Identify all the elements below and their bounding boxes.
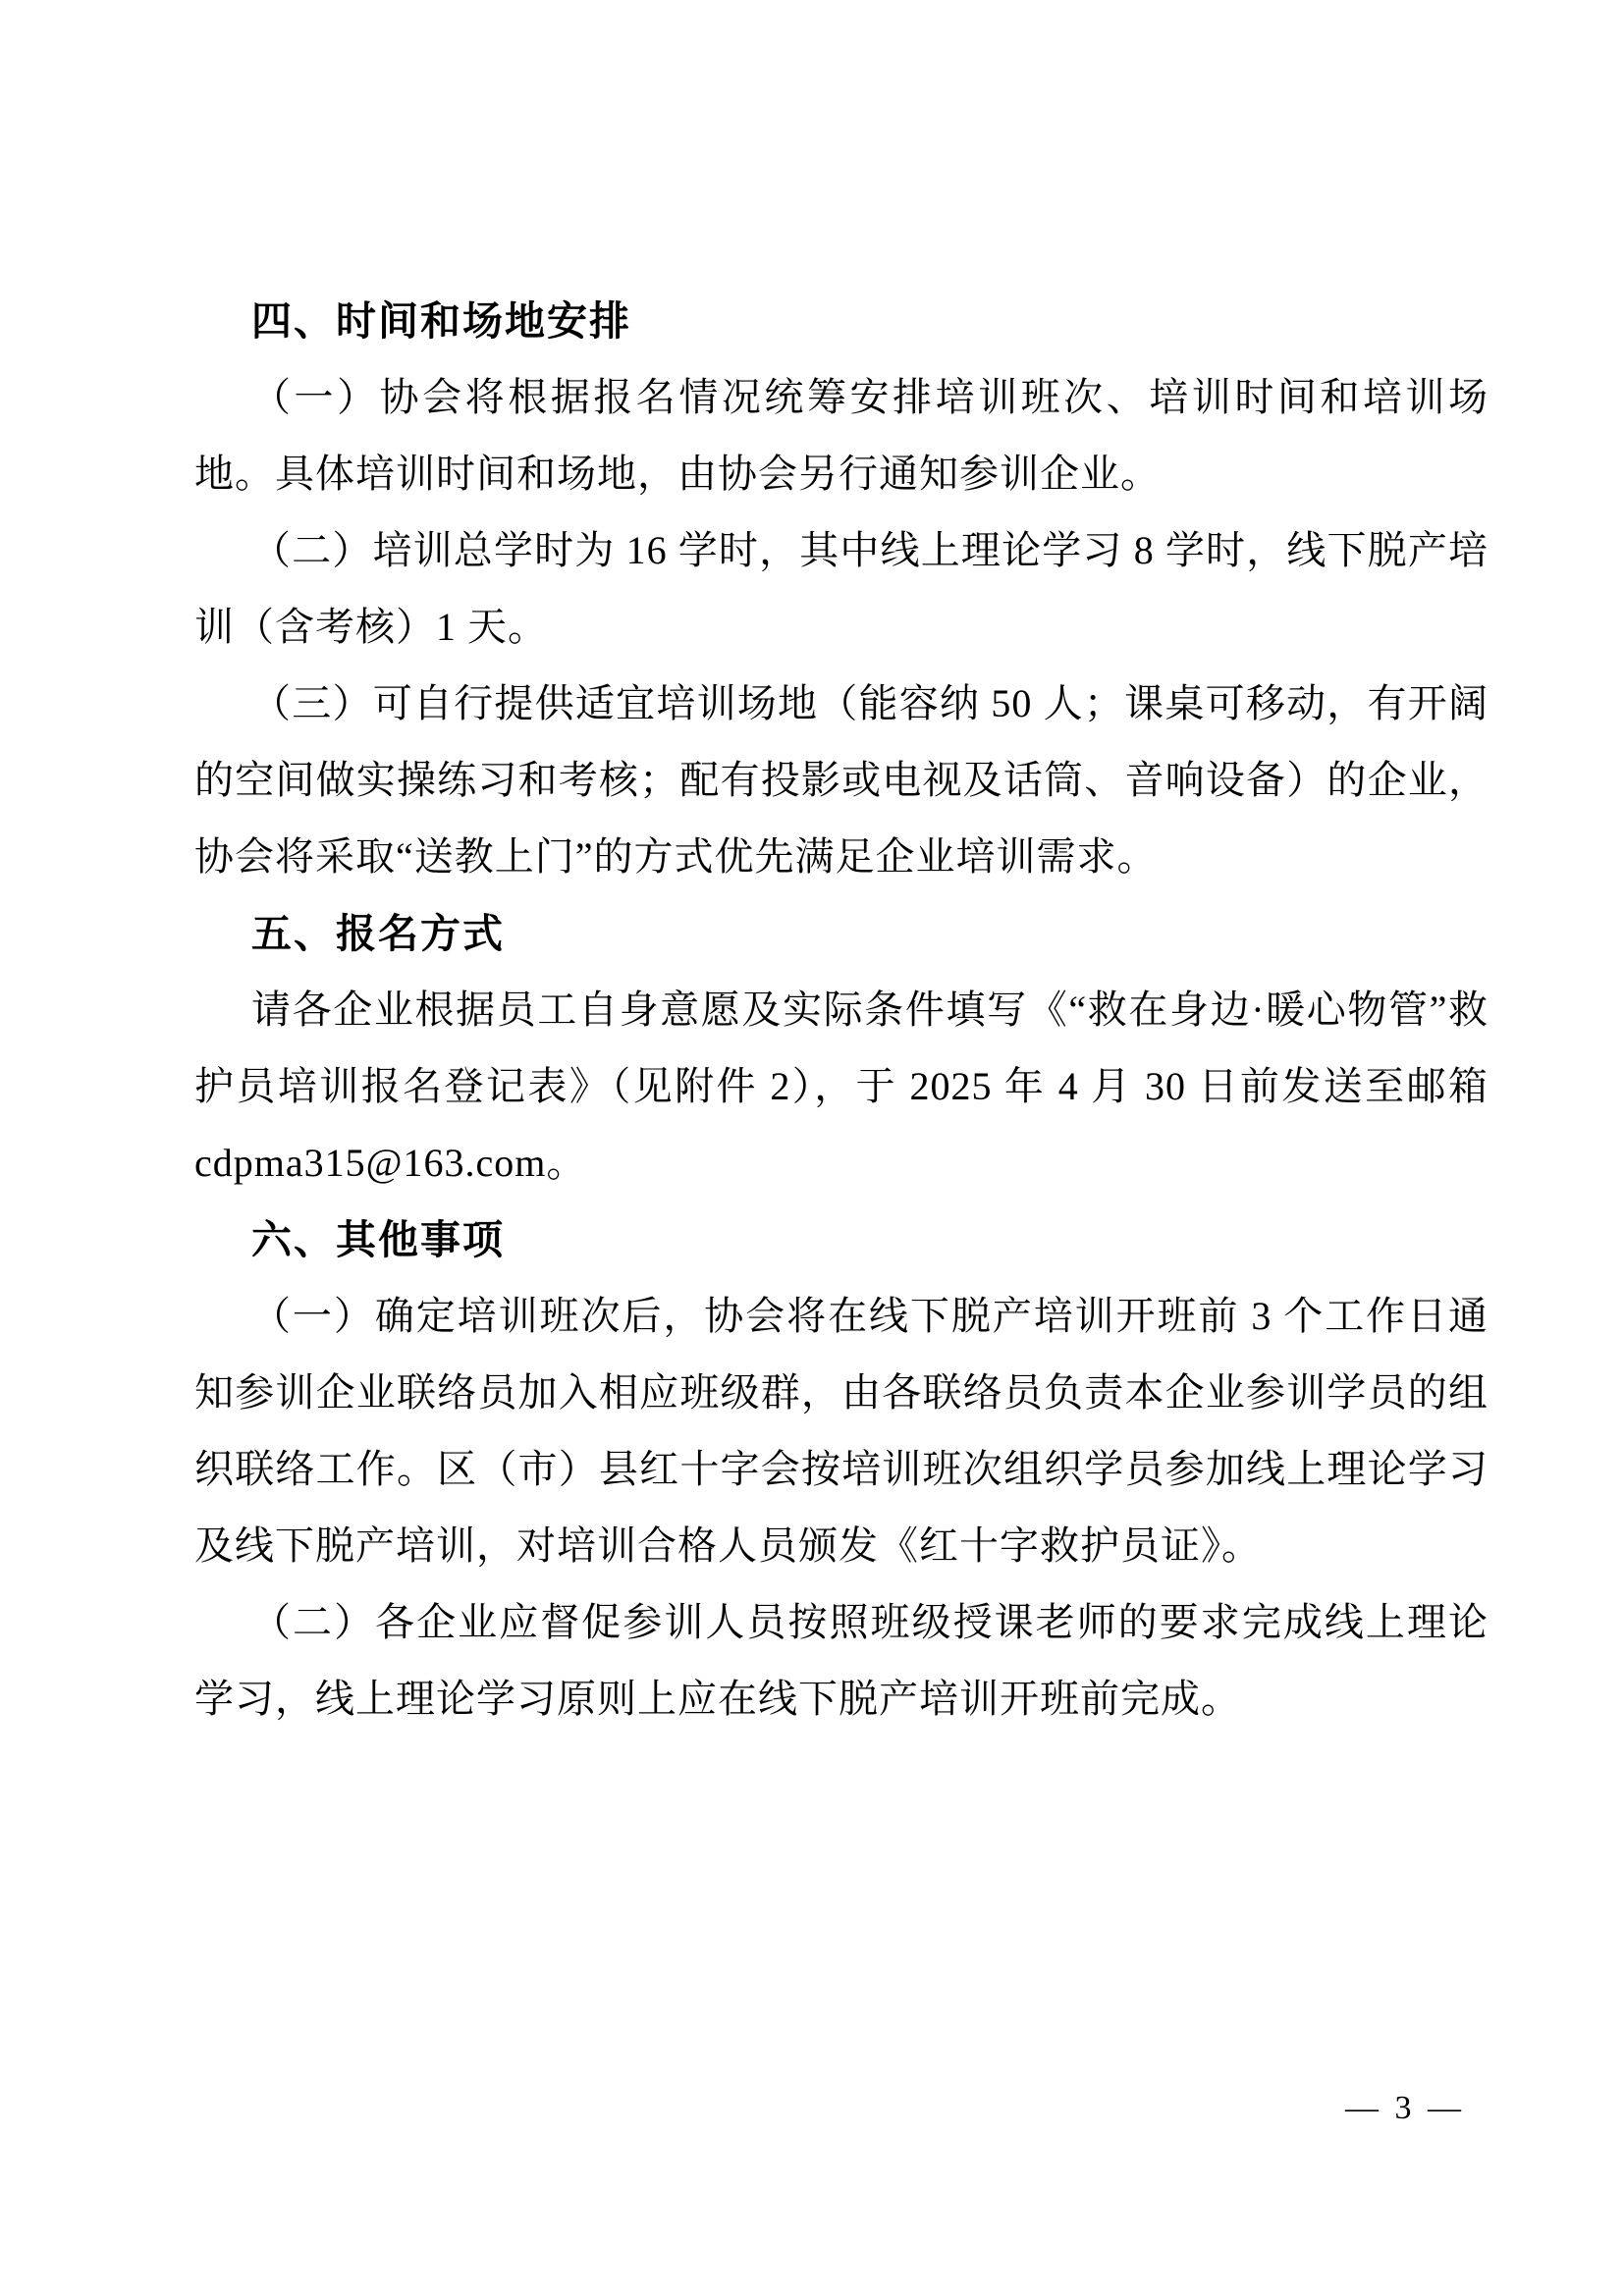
section-heading-other-matters: 六、其他事项	[194, 1201, 1489, 1278]
section-heading-time-venue: 四、时间和场地安排	[194, 283, 1489, 359]
paragraph-time-venue-2: （二）培训总学时为 16 学时，其中线上理论学习 8 学时，线下脱产培训（含考核…	[194, 512, 1489, 666]
paragraph-registration-1: 请各企业根据员工自身意愿及实际条件填写《“救在身边·暖心物管”救护员培训报名登记…	[194, 972, 1489, 1201]
document-page: 四、时间和场地安排 （一）协会将根据报名情况统筹安排培训班次、培训时间和培训场地…	[0, 0, 1624, 2296]
page-number: — 3 —	[1345, 2089, 1465, 2128]
document-content: 四、时间和场地安排 （一）协会将根据报名情况统筹安排培训班次、培训时间和培训场地…	[194, 283, 1489, 1737]
paragraph-other-matters-1: （一）确定培训班次后，协会将在线下脱产培训开班前 3 个工作日通知参训企业联络员…	[194, 1278, 1489, 1584]
section-heading-registration: 五、报名方式	[194, 895, 1489, 972]
paragraph-time-venue-1: （一）协会将根据报名情况统筹安排培训班次、培训时间和培训场地。具体培训时间和场地…	[194, 359, 1489, 512]
paragraph-time-venue-3: （三）可自行提供适宜培训场地（能容纳 50 人；课桌可移动，有开阔的空间做实操练…	[194, 666, 1489, 895]
paragraph-other-matters-2: （二）各企业应督促参训人员按照班级授课老师的要求完成线上理论学习，线上理论学习原…	[194, 1584, 1489, 1737]
